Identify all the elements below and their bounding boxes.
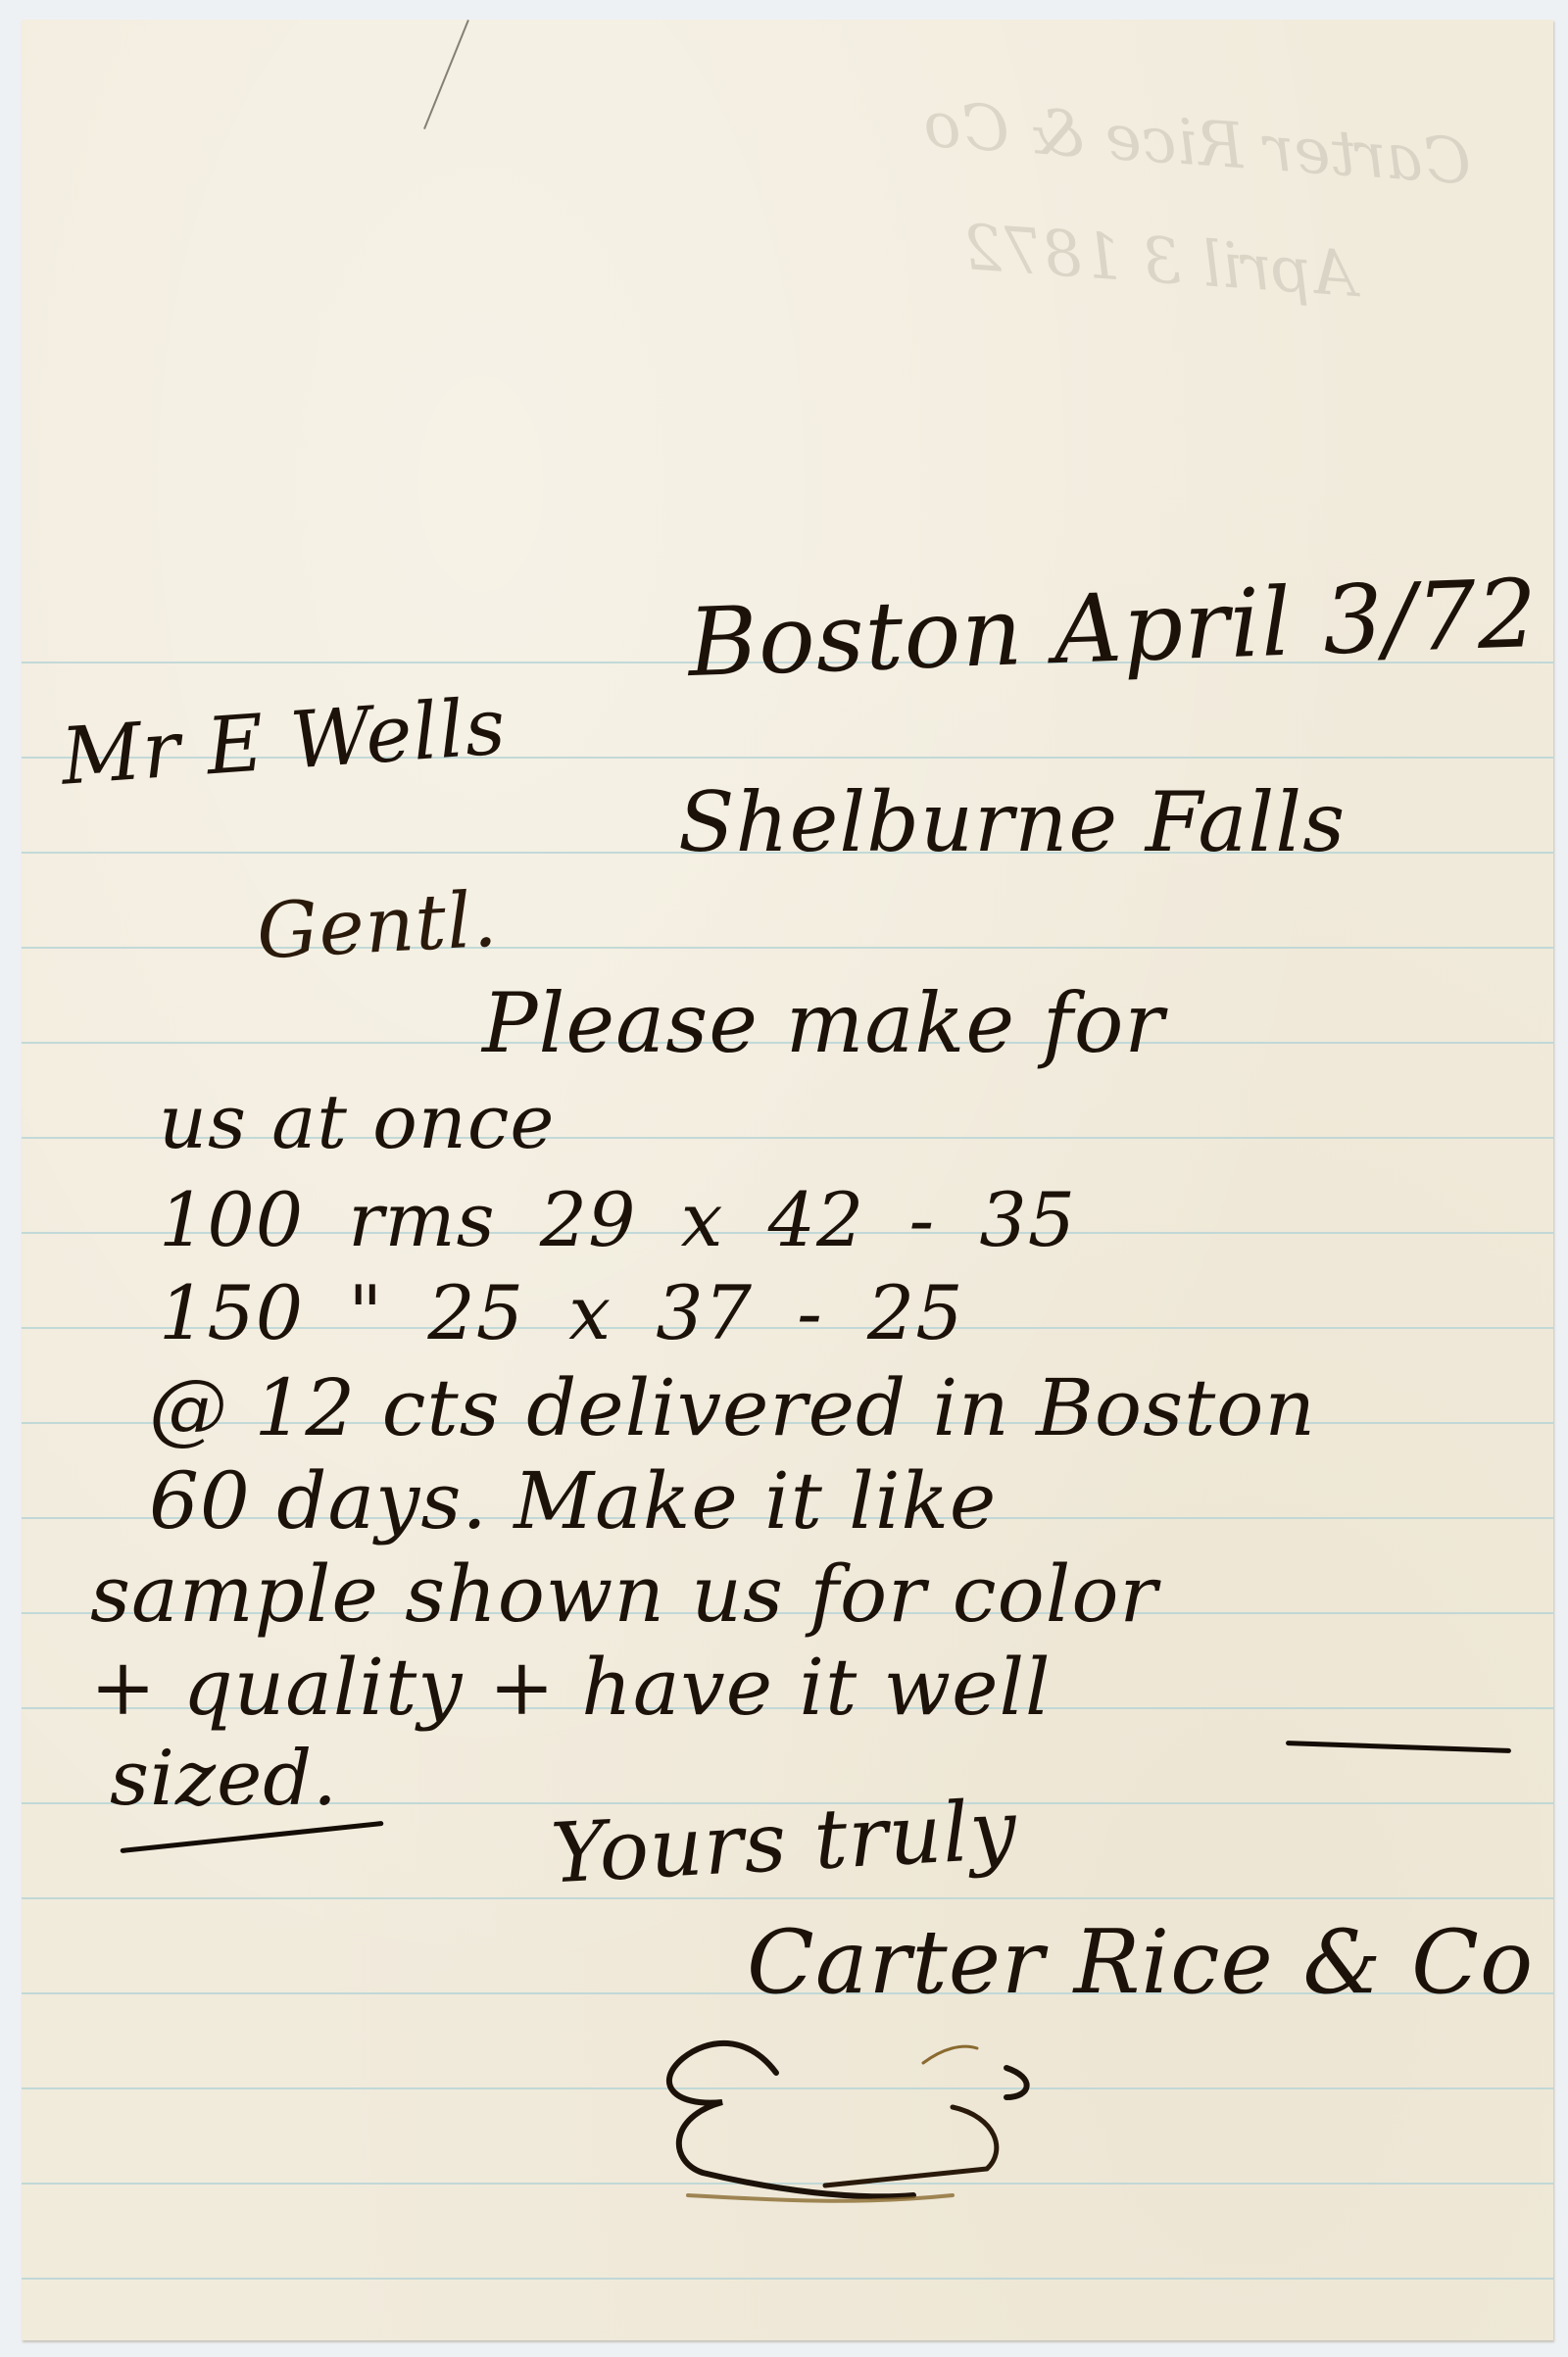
bleed-through-line-1: Carter Rice & Co (921, 89, 1474, 200)
addressee-name: Mr E Wells (58, 680, 509, 802)
bleed-through-line-2: April 3 1872 (960, 212, 1359, 312)
ruled-line (22, 947, 1553, 949)
dateline: Boston April 3/72 (686, 559, 1540, 698)
flourish-icon (629, 2034, 1041, 2230)
signature: Carter Rice & Co (747, 1911, 1534, 2014)
body-line-5: @ 12 cts delivered in Boston (149, 1362, 1316, 1453)
body-line-1: Please make for (482, 975, 1165, 1071)
addressee-place: Shelburne Falls (678, 774, 1346, 870)
body-line-8: + quality + have it well (90, 1642, 1052, 1733)
well-underline (1286, 1741, 1511, 1753)
pencil-mark (423, 20, 469, 129)
body-line-9: sized. (110, 1735, 338, 1823)
document-scan: Carter Rice & Co April 3 1872 Boston Apr… (0, 0, 1568, 2357)
salutation: Gentl. (255, 876, 500, 977)
ruled-line (22, 2278, 1553, 2280)
body-line-7: sample shown us for color (90, 1548, 1158, 1640)
sized-underline (120, 1821, 383, 1853)
body-line-2: us at once (159, 1078, 555, 1165)
ruled-line (22, 1897, 1553, 1899)
body-line-4: 150 " 25 x 37 - 25 (159, 1269, 964, 1356)
letter-paper: Carter Rice & Co April 3 1872 Boston Apr… (22, 20, 1553, 2340)
body-line-3: 100 rms 29 x 42 - 35 (159, 1176, 1076, 1263)
closing: Yours truly (549, 1782, 1020, 1902)
body-line-6: 60 days. Make it like (149, 1455, 997, 1547)
